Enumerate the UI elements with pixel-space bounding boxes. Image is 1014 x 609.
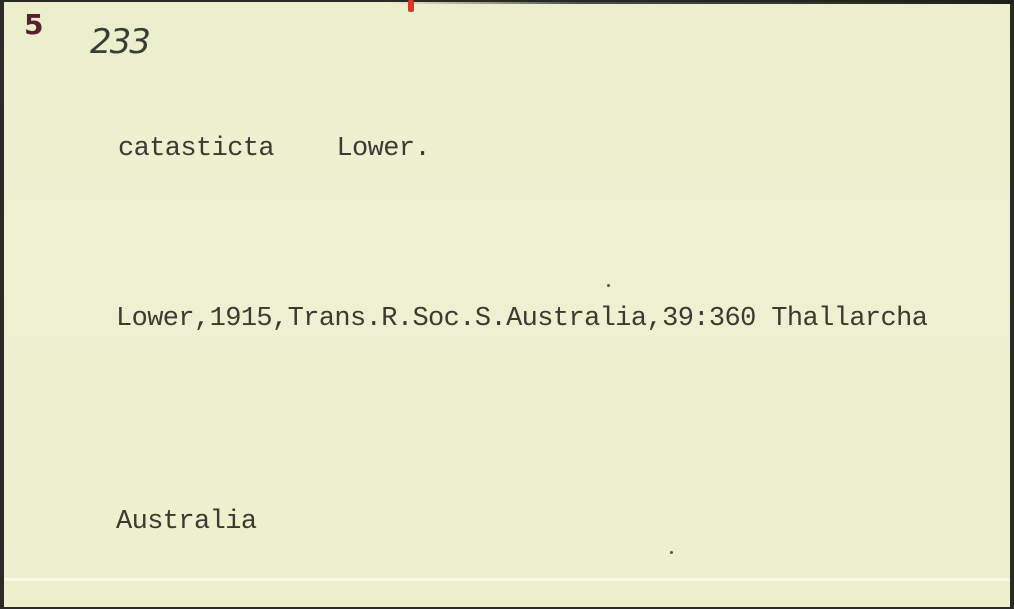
card-fold-line: [4, 578, 1010, 581]
species-name: catasticta: [118, 134, 274, 164]
speck: [607, 284, 610, 287]
citation: Lower,1915,Trans.R.Soc.S.Australia,39:36…: [116, 304, 927, 334]
red-tab-mark: [408, 0, 414, 12]
card-number: 233: [90, 22, 149, 62]
species-line: catasticta Lower.: [118, 134, 430, 164]
speck: [670, 551, 673, 554]
drawer-number: 5: [24, 8, 43, 41]
species-author: Lower.: [336, 134, 430, 164]
locality: Australia: [116, 507, 256, 537]
scan-edge-shadow: [390, 0, 1014, 4]
